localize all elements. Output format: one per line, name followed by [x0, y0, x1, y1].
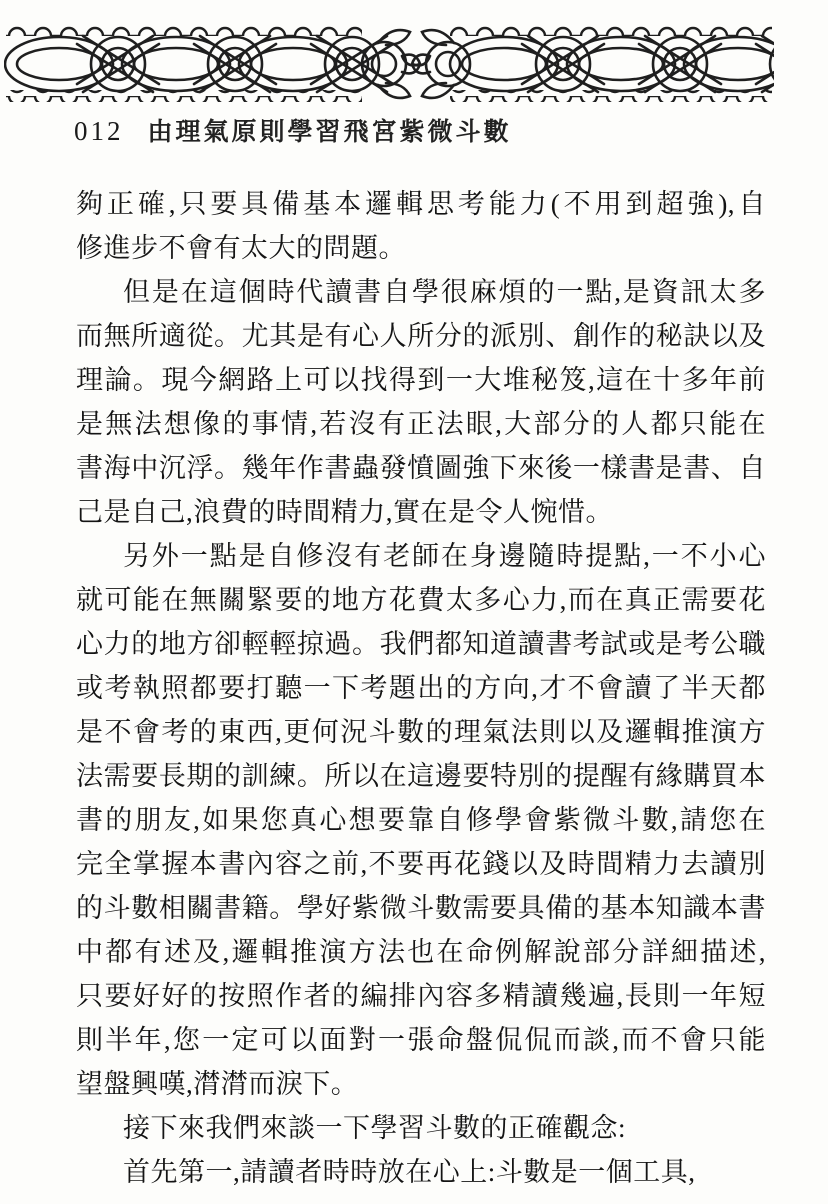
text-line: 則半年,您一定可以面對一張命盤侃侃而談,而不會只能 — [76, 1018, 766, 1062]
text-line: 望盤興嘆,潸潸而淚下。 — [76, 1062, 766, 1106]
book-page: 012 由理氣原則學習飛宮紫微斗數 夠正確,只要具備基本邏輯思考能力(不用到超強… — [0, 0, 828, 1204]
text-line: 只要好好的按照作者的編排內容多精讀幾遍,長則一年短 — [76, 974, 766, 1018]
text-line: 接下來我們來談一下學習斗數的正確觀念: — [76, 1106, 766, 1150]
text-line: 夠正確,只要具備基本邏輯思考能力(不用到超強),自 — [76, 182, 766, 226]
text-line: 首先第一,請讀者時時放在心上:斗數是一個工具, — [76, 1150, 766, 1194]
body-text: 夠正確,只要具備基本邏輯思考能力(不用到超強),自修進步不會有太大的問題。但是在… — [76, 182, 766, 1194]
text-line: 書的朋友,如果您真心想要靠自修學會紫微斗數,請您在 — [76, 798, 766, 842]
text-line: 完全掌握本書內容之前,不要再花錢以及時間精力去讀別 — [76, 842, 766, 886]
text-line: 書海中沉浮。幾年作書蟲發憤圖強下來後一樣書是書、自 — [76, 446, 766, 490]
text-line: 就可能在無關緊要的地方花費太多心力,而在真正需要花 — [76, 578, 766, 622]
text-line: 而無所適從。尤其是有心人所分的派別、創作的秘訣以及 — [76, 314, 766, 358]
text-line: 修進步不會有太大的問題。 — [76, 226, 766, 270]
page-number: 012 — [74, 116, 124, 147]
text-line: 心力的地方卻輕輕掠過。我們都知道讀書考試或是考公職 — [76, 622, 766, 666]
text-line: 或考執照都要打聽一下考題出的方向,才不會讀了半天都 — [76, 666, 766, 710]
knotwork-border-ornament — [4, 12, 774, 108]
text-line: 但是在這個時代讀書自學很麻煩的一點,是資訊太多 — [76, 270, 766, 314]
text-line: 己是自己,浪費的時間精力,實在是令人惋惜。 — [76, 490, 766, 534]
running-head: 012 由理氣原則學習飛宮紫微斗數 — [74, 112, 512, 148]
text-line: 理論。現今網路上可以找得到一大堆秘笈,這在十多年前 — [76, 358, 766, 402]
text-line: 是不會考的東西,更何況斗數的理氣法則以及邏輯推演方 — [76, 710, 766, 754]
text-line: 中都有述及,邏輯推演方法也在命例解說部分詳細描述, — [76, 930, 766, 974]
text-line: 的斗數相關書籍。學好紫微斗數需要具備的基本知識本書 — [76, 886, 766, 930]
text-line: 另外一點是自修沒有老師在身邊隨時提點,一不小心 — [76, 534, 766, 578]
text-line: 是無法想像的事情,若沒有正法眼,大部分的人都只能在 — [76, 402, 766, 446]
text-line: 法需要長期的訓練。所以在這邊要特別的提醒有緣購買本 — [76, 754, 766, 798]
running-title: 由理氣原則學習飛宮紫微斗數 — [148, 112, 512, 148]
